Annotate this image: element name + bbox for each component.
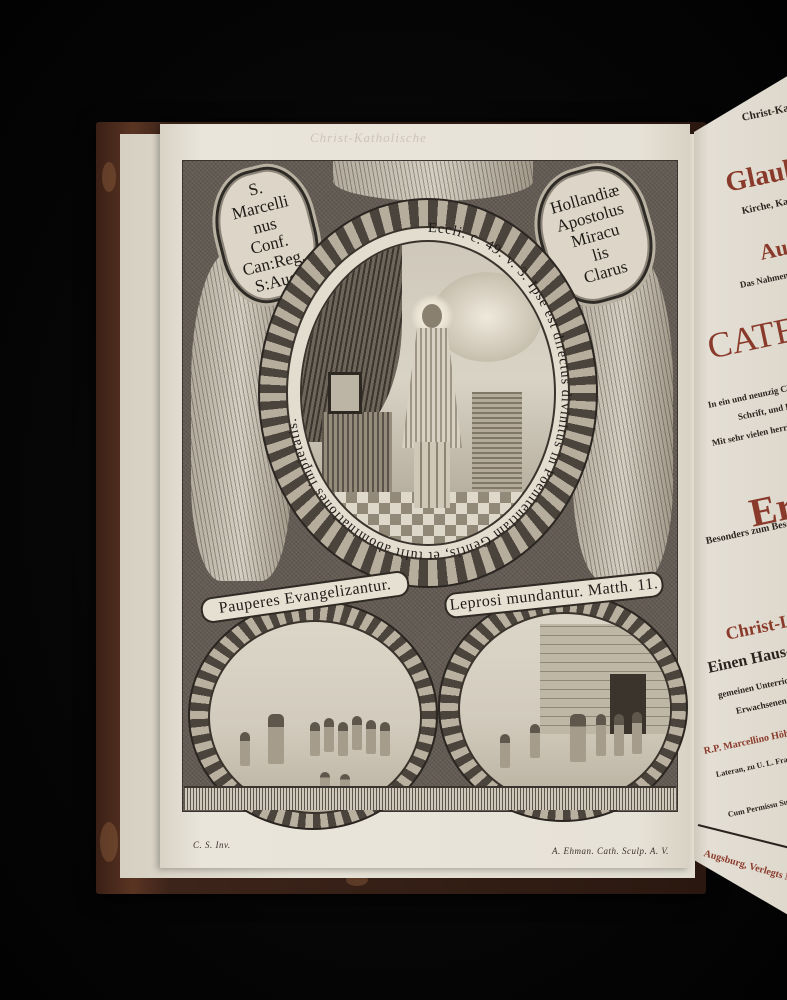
inventor-credit: C. S. Inv. (193, 840, 231, 850)
engraver-credit: A. Ehman. Cath. Sculp. A. V. (552, 846, 669, 856)
monk-figure (632, 712, 642, 754)
engraving-base (184, 786, 676, 810)
saint-scene (300, 240, 556, 546)
leper-figure (530, 724, 540, 758)
leper-figure (500, 734, 510, 768)
altar-table (322, 412, 392, 492)
crowd-figure (380, 722, 390, 756)
preaching-scene (208, 620, 422, 814)
healing-scene (458, 612, 672, 806)
stone-pedestal (472, 392, 522, 492)
crowd-figure (310, 722, 320, 756)
crowd-figure (352, 716, 362, 750)
madonna-portrait (328, 372, 362, 414)
leather-wear-spot (102, 162, 116, 192)
saint-legs (414, 442, 450, 508)
monk-figure (596, 714, 606, 756)
saint-figure (570, 714, 586, 762)
bleed-through-text: Christ-Katholische (310, 130, 427, 146)
leather-wear-spot (100, 822, 118, 862)
crowd-figure (324, 718, 334, 752)
crowd-figure (366, 720, 376, 754)
saint-head (422, 304, 442, 328)
crowd-figure (338, 722, 348, 756)
top-drapery (333, 161, 533, 201)
cartouche-line: Clarus (582, 256, 630, 286)
monk-figure (614, 714, 624, 756)
preacher-figure (268, 714, 284, 764)
crowd-figure (240, 732, 250, 766)
